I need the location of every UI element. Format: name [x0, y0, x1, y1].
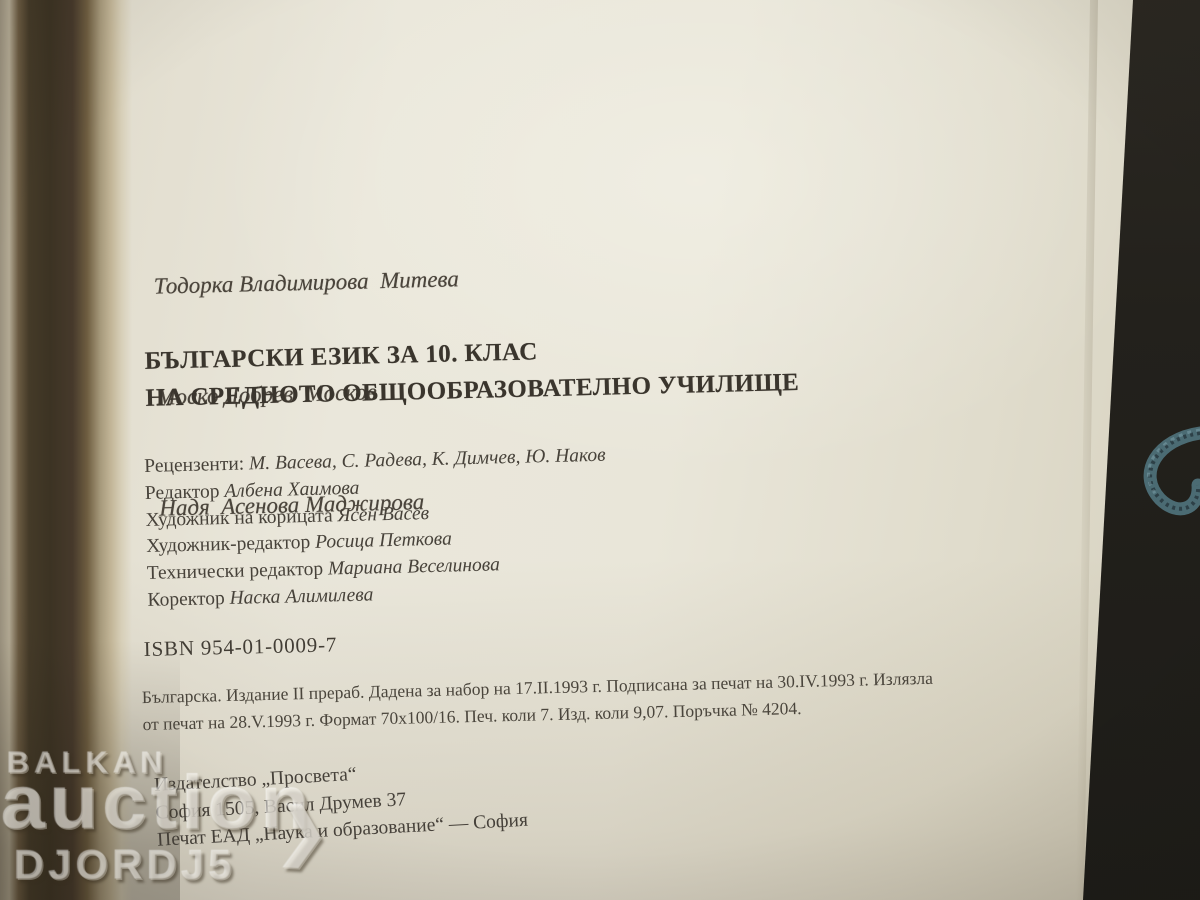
- credit-role: Художник-редактор: [146, 532, 311, 557]
- imprint-block: Българска. Издание II прераб. Дадена за …: [142, 661, 1083, 737]
- credit-name: Мариана Веселинова: [328, 555, 500, 580]
- watermark-auction: auction: [2, 760, 314, 847]
- book-photo: Тодорка Владимирова Митева Моско Добрев …: [0, 0, 1200, 900]
- isbn-number: ISBN 954-01-0009-7: [143, 632, 337, 662]
- credits-block: Рецензенти: М. Васева, С. Радева, К. Дим…: [144, 443, 609, 615]
- watermark-arrow-icon: ❯: [276, 795, 335, 871]
- author-line: Тодорка Владимирова Митева: [153, 260, 459, 304]
- book-title: БЪЛГАРСКИ ЕЗИК ЗА 10. КЛАС НА СРЕДНОТО О…: [144, 327, 799, 417]
- credit-role: Редактор: [145, 481, 220, 504]
- credit-name: Албена Хаимова: [224, 478, 360, 502]
- credit-role: Технически редактор: [147, 559, 324, 584]
- credit-role: Рецензенти:: [144, 454, 244, 477]
- watermark-djordj5: DJORDJ5: [15, 842, 237, 890]
- credit-name: Ясен Васев: [337, 503, 429, 526]
- credit-name: Росица Петкова: [315, 529, 452, 553]
- credit-role: Художник на корицата: [145, 505, 333, 531]
- credit-name: Наска Алимилева: [229, 584, 373, 609]
- credit-name: М. Васева, С. Радева, К. Димчев, Ю. Нако…: [249, 445, 606, 475]
- credit-role: Коректор: [147, 588, 225, 611]
